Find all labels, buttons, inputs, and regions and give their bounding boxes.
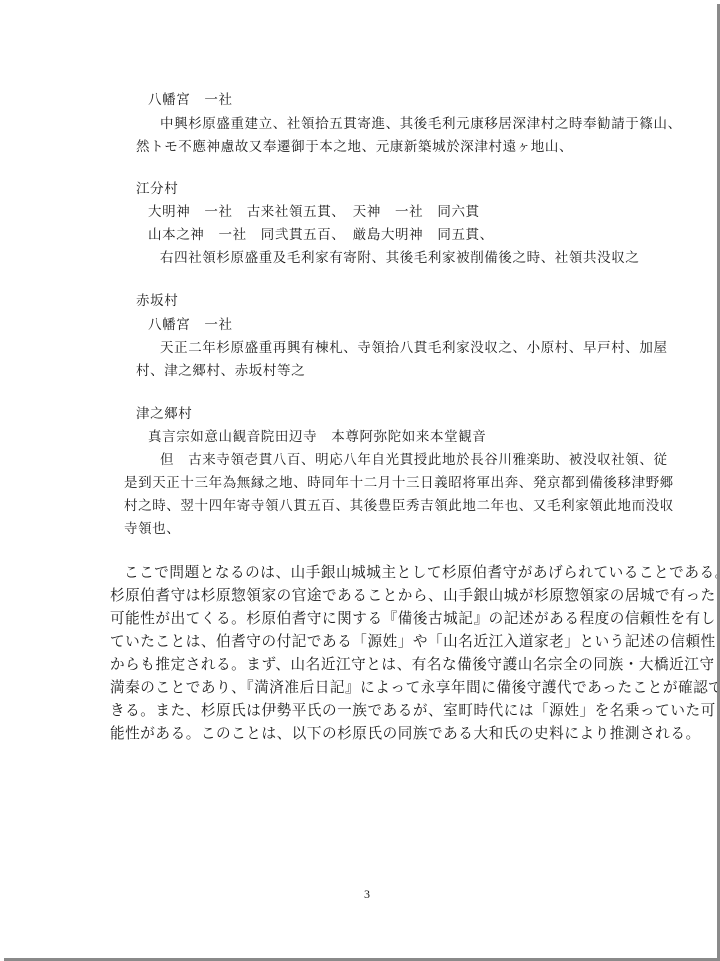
temple-entry: 真言宗如意山観音院田辺寺 本尊阿弥陀如来本堂観音 <box>148 428 486 446</box>
shrine-heading: 八幡宮 一社 <box>148 316 233 334</box>
text-line: 右四社領杉原盛重及毛利家有寄附、其後毛利家被削備後之時、社領共没収之 <box>160 249 639 267</box>
village-heading: 赤坂村 <box>136 292 178 310</box>
paragraph-line: ていたことは、伯耆守の付記である「源姓」や「山名近江入道家老」という記述の信頼性 <box>110 632 716 652</box>
paragraph-line: 杉原伯耆守は杉原惣領家の官途であることから、山手銀山城が杉原惣領家の居城で有った <box>110 586 716 606</box>
text-line: 是到天正十三年為無縁之地、時同年十二月十三日義昭将軍出奔、発京都到備後移津野郷 <box>124 474 674 492</box>
text-line: 但 古来寺領壱貫八百、明応八年自光貫授此地於長谷川雅楽助、被没収社領、従 <box>160 451 668 469</box>
page-number: 3 <box>364 887 370 902</box>
document-page: 八幡宮 一社 中興杉原盛重建立、社領拾五貫寄進、其後毛利元康移居深津村之時奉勧請… <box>0 0 716 957</box>
shrine-heading: 八幡宮 一社 <box>148 91 233 109</box>
paragraph-line: ここで問題となるのは、山手銀山城城主として杉原伯耆守があげられていることである。 <box>124 563 720 583</box>
text-line: 寺領也、 <box>124 520 180 538</box>
village-heading: 江分村 <box>136 180 178 198</box>
paragraph-line: 可能性が出てくる。杉原伯耆守に関する『備後古城記』の記述がある程度の信頼性を有し <box>110 609 716 629</box>
paragraph-line: からも推定される。まず、山名近江守とは、有名な備後守護山名宗全の同族・大橋近江守 <box>110 655 715 675</box>
paragraph-line: きる。また、杉原氏は伊勢平氏の一族であるが、室町時代には「源姓」を名乗っていた可 <box>110 701 716 721</box>
text-line: 天正二年杉原盛重再興有棟札、寺領拾八貫毛利家没収之、小原村、早戸村、加屋 <box>160 339 668 357</box>
text-line: 村之時、翌十四年寄寺領八貫五百、其後豊臣秀吉領此地二年也、又毛利家領此地而没収 <box>124 497 674 515</box>
text-line: 村、津之郷村、赤坂村等之 <box>136 362 305 380</box>
text-line: 中興杉原盛重建立、社領拾五貫寄進、其後毛利元康移居深津村之時奉勧請于篠山、 <box>160 115 682 133</box>
text-line: 然トモ不應神慮故又奉遷御于本之地、元康新築城於深津村遠ヶ地山、 <box>136 138 573 156</box>
paragraph-line: 満秦のことであり、『満済准后日記』によって永享年間に備後守護代であったことが確認… <box>110 678 720 698</box>
shrine-entry: 山本之神 一社 同弐貫五百、 厳島大明神 同五貫、 <box>148 226 494 244</box>
shrine-entry: 大明神 一社 古来社領五貫、 天神 一社 同六貫 <box>148 203 480 221</box>
paragraph-line: 能性がある。このことは、以下の杉原氏の同族である大和氏の史料により推測される。 <box>110 724 701 744</box>
village-heading: 津之郷村 <box>136 405 192 423</box>
